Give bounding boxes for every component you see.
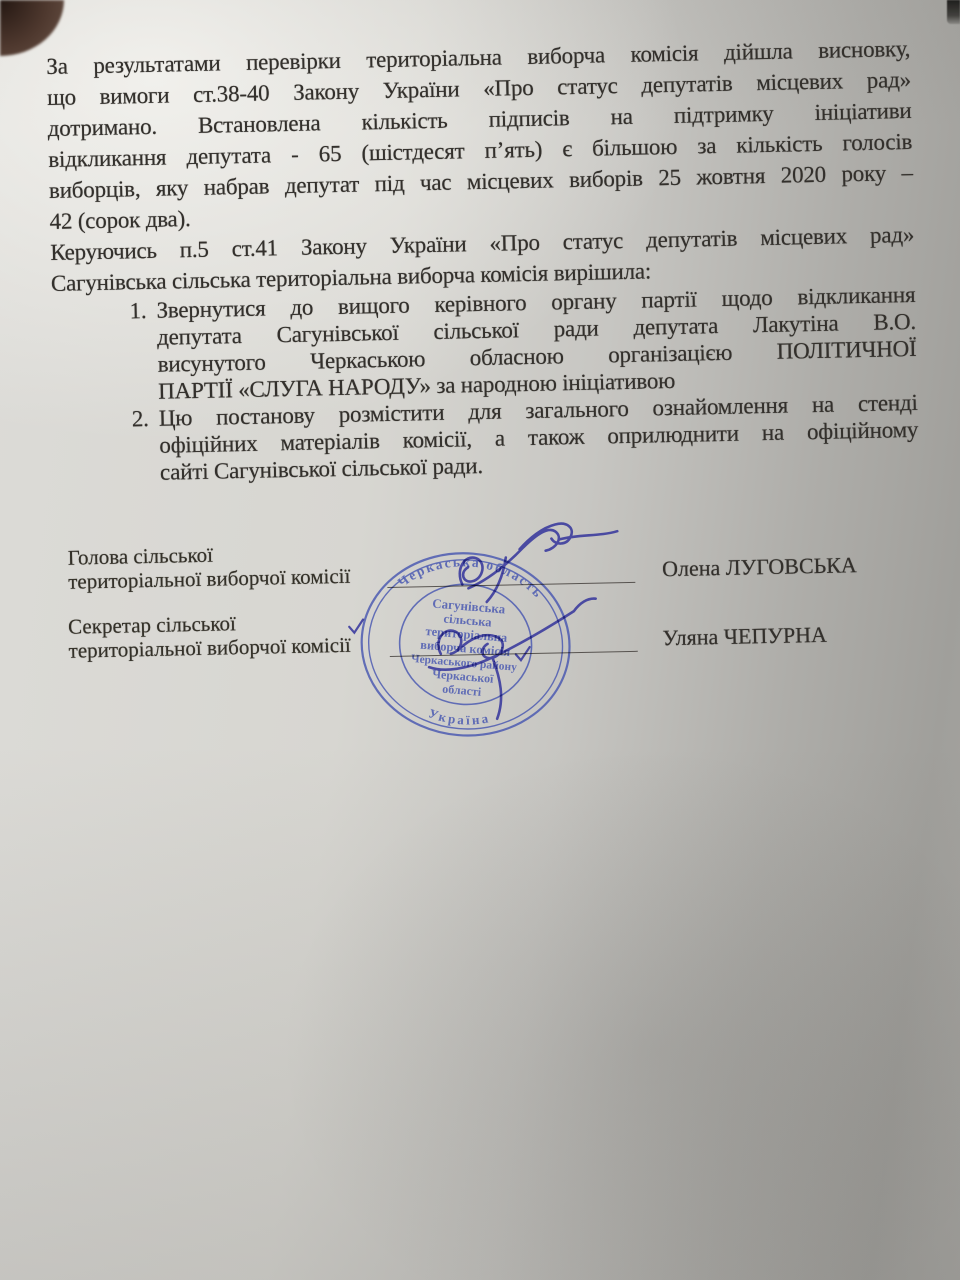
signature-role-secretary: Секретар сільської територіальної виборч… xyxy=(68,609,351,663)
stamp-arc-top-text: Черкаська область xyxy=(394,548,549,602)
list-number: 1. xyxy=(129,297,146,324)
stamp-center-line: області xyxy=(442,682,483,699)
role-line: територіальної виборчої комісії xyxy=(68,564,351,594)
role-line: територіальної виборчої комісії xyxy=(68,633,351,663)
signature-name-chair: Олена ЛУГОВСЬКА xyxy=(662,552,857,582)
photo-dark-corner-top-right xyxy=(947,0,960,24)
svg-text:Черкаська область: Черкаська область xyxy=(394,548,549,602)
svg-text:Україна: Україна xyxy=(426,705,493,730)
list-item-2: 2. Цю постанову розмістити для загальног… xyxy=(54,389,920,488)
signature-name-secretary: Уляна ЧЕПУРНА xyxy=(662,622,827,651)
paragraph-1: За результатами перевірки територіальна … xyxy=(46,33,914,237)
list-number: 2. xyxy=(132,405,149,432)
paper-sheet: За результатами перевірки територіальна … xyxy=(0,0,960,1280)
document-body: За результатами перевірки територіальна … xyxy=(46,33,919,488)
list-item-1: 1. Звернутися до вищого керівного органу… xyxy=(51,281,917,407)
scanned-document-photo: За результатами перевірки територіальна … xyxy=(0,0,960,1280)
round-stamp: Черкаська область Україна Сагунівська сі… xyxy=(350,540,581,749)
stamp-arc-bottom-text: Україна xyxy=(426,705,493,730)
signature-role-chair: Голова сільської територіальної виборчої… xyxy=(67,540,350,594)
